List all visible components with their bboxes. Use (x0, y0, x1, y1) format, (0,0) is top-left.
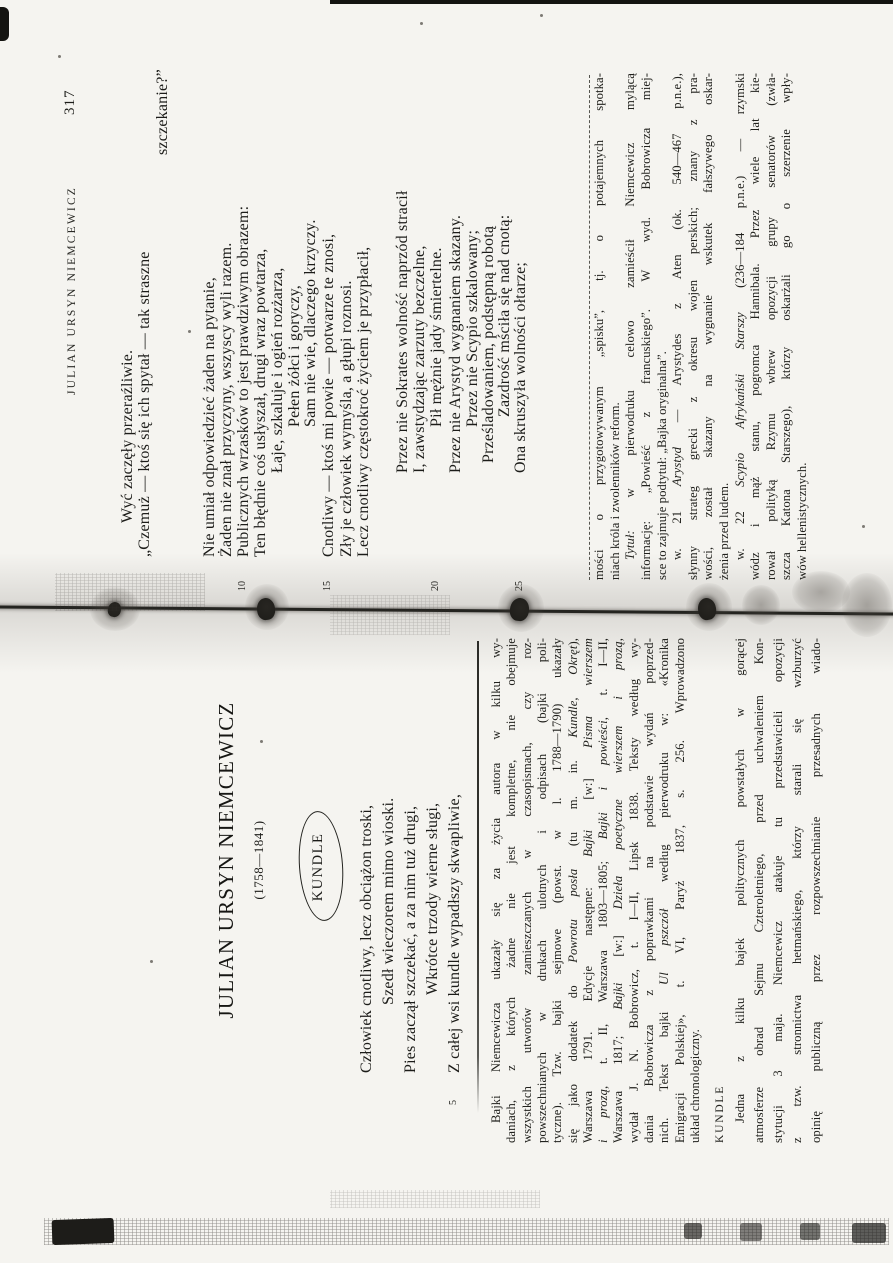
commentary-line: się jako dodatek do Powrotu posła (tu m.… (566, 638, 580, 1143)
gutter-smudge (742, 585, 780, 625)
poem-line: Zazdrość mściła się nad cnotą: (496, 215, 513, 417)
footnote-separator-rule (589, 75, 590, 580)
commentary-line: Emigracji Polskiej», t. VI, Paryż 1837, … (673, 638, 687, 1143)
gutter-smudge (245, 584, 289, 630)
commentary-separator-rule (477, 641, 479, 1113)
book-spread: JULIAN URSYN NIEMCEWICZ 317 Wyć zaczęły … (0, 0, 893, 1263)
poem-line: Pies zaczął szczekać, a za nim tuż drugi… (402, 806, 419, 1073)
footnote-line: w. 21 Arystyd — Arystydes z Aten (ok. 54… (670, 73, 684, 580)
commentary-line: stytucji 3 maja. Niemcewicz atakuje tu p… (771, 638, 785, 1143)
commentary-line: tyczne). Tzw. bajki sejmowe (powst. w l.… (550, 638, 564, 1143)
poem-line: Cnotliwy — ktoś mi powie — potwarze te z… (320, 234, 337, 557)
commentary-line: nich. Tekst bajki Ul pszczół według pier… (657, 638, 671, 1143)
poem-line: Ten błędnie coś usłyszał, drugi wraz pow… (252, 249, 269, 557)
page-number: 317 (62, 90, 79, 116)
running-header: JULIAN URSYN NIEMCEWICZ (66, 186, 78, 395)
poem-line: Przez nie Sokrates wolność naprzód strac… (394, 190, 411, 473)
commentary-line: i prozą, t. II, Warszawa 1803—1805; Bajk… (596, 638, 610, 1143)
speck (150, 960, 153, 963)
commentary-line: układ chronologiczny. (688, 638, 702, 1143)
speck (862, 525, 865, 528)
gutter-smudge (686, 583, 732, 631)
poem-line: Wkrótce trzody wierne sługi, (424, 803, 441, 995)
footnote-line: słynny strateg grecki z okresu wojen per… (686, 73, 700, 580)
footnote-line: mości o przygotowywanym „spisku”, tj. o … (592, 73, 606, 580)
poem-line: Publicznych wrzasków to jest prawdziwym … (235, 206, 252, 557)
commentary-line: daniach, z których żadne nie jest komple… (504, 638, 518, 1143)
footnote-line: wości, został skazany na wygnanie wskute… (701, 73, 715, 580)
gutter-noise (330, 595, 450, 635)
poem-line: Łaje, szkaluje i ogień rozżarza, (269, 268, 286, 473)
commentary-line: dania Bobrowicza z poprawkami na podstaw… (642, 638, 656, 1143)
gutter-smudge (498, 584, 544, 632)
commentary-line: atmosferze obrad Sejmu Czteroletniego, p… (752, 638, 766, 1143)
footnote-line: wódz i mąż stanu, pogromca Hannibala. Pr… (748, 73, 762, 580)
footnote-line: sce to zajmuje podtytuł: „Bajka oryginal… (655, 73, 669, 580)
commentary-heading: KUNDLE (714, 1085, 726, 1143)
poem-line-number: 20 (430, 581, 441, 591)
footnote-line: w. 22 Scypio Afrykański Starszy (236—184… (733, 73, 747, 580)
poem-line-number: 10 (237, 581, 248, 591)
poem-line: Sam nie wie, dlaczego krzyczy. (302, 219, 319, 427)
footnote-line: Tytuł: w pierwodruku celowo zamieścił Ni… (623, 73, 637, 580)
page-edge-blot (52, 1218, 115, 1245)
poem-line: Z całej wsi kundle wypadłszy skwapliwie, (446, 794, 463, 1073)
footnote-line: szcza Katona Starszego), którzy oskarżal… (779, 73, 793, 580)
poem-line: Przez nie Arystyd wygnaniem skazany. (447, 215, 464, 473)
poem-line: Żaden nie znał przyczyny, wszyscy wyli r… (218, 243, 235, 558)
poem-line-number: 15 (322, 581, 333, 591)
poem-line: Człowiek cnotliwy, lecz obciążon troski, (358, 805, 375, 1073)
page-edge-noise (44, 1218, 889, 1245)
page-edge-blot (852, 1223, 886, 1243)
footnote-line: żenia przed ludem. (717, 73, 731, 580)
footnote-line: rował polityką Rzymu wbrew opozycji grup… (764, 73, 778, 580)
poem-line-number: 5 (448, 1100, 459, 1105)
poem-line: Pił mężnie jady śmiertelne. (428, 247, 445, 427)
poem-line: Nie umiał odpowiedzieć żaden na pytanie, (201, 277, 218, 557)
commentary-line: wydał J. N. Bobrowicz, t. I—II, Lipsk 18… (627, 638, 641, 1143)
scanned-page: JULIAN URSYN NIEMCEWICZ 317 Wyć zaczęły … (0, 0, 893, 1263)
poem-title: KUNDLE (310, 833, 327, 902)
speck (58, 55, 61, 58)
poem-line: Szedł wieczorem mimo wioski. (380, 798, 397, 1005)
poem-line: Pełen żółci i goryczy, (286, 285, 303, 427)
poem-line: Wyć zaczęły przeraźliwie. (119, 350, 136, 523)
author-title: JULIAN URSYN NIEMCEWICZ (214, 702, 239, 1019)
author-dates: (1758—1841) (251, 820, 267, 899)
scan-border-line (330, 0, 893, 4)
speck (540, 14, 543, 17)
poem-line: Lecz cnotliwy częstokroć życiem je przyp… (355, 247, 372, 557)
footnote-line: informację: „Powieść z francuskiego”. W … (639, 73, 653, 580)
poem-line: Przez nie Scypio szkalowany; (464, 230, 481, 427)
footnote-line: niach króla i zwolenników reform. (608, 73, 622, 580)
poem-line: „Czemuż — ktoś się ich spytał — tak stra… (136, 251, 153, 557)
gutter-smudge (842, 573, 892, 637)
commentary-line: wszystkich utworów zamieszczanych w czas… (520, 638, 534, 1143)
poem-line: I, zawstydzając zarzuty bezczelne, (411, 245, 428, 473)
page-edge-blot (800, 1223, 820, 1240)
speck (420, 22, 423, 25)
speck (188, 330, 191, 333)
commentary-line: Bajki Niemcewicza ukazały się za życia a… (489, 638, 503, 1143)
commentary-line: Warszawa 1791. Edycje następne: Bajki [w… (581, 638, 595, 1143)
poem-line: Zły je człowiek wymyśla, a głupi roznosi… (338, 280, 355, 557)
page-edge-noise (330, 1190, 540, 1208)
scan-corner-mark (0, 7, 9, 41)
commentary-line: powszechnianych w drukach ulotnych i odp… (535, 638, 549, 1143)
commentary-line: Warszawa 1817; Bajki [w:] Dzieła poetycz… (611, 638, 625, 1143)
poem-line: Ona skruszyła wolności ołtarze; (512, 262, 529, 473)
page-edge-blot (740, 1223, 762, 1241)
poem-line: Prześladowaniem, podstępną robotą (480, 226, 497, 463)
gutter-noise (55, 573, 205, 611)
poem-line-wrap: szczekanie?” (154, 69, 171, 155)
commentary-line: Jedna z kilku bajek politycznych powstał… (733, 638, 747, 1143)
commentary-line: z tzw. stronnictwa hetmańskiego, którzy … (790, 638, 804, 1143)
footnote-line: wów hellenistycznych. (795, 73, 809, 580)
page-edge-blot (684, 1223, 702, 1239)
commentary-line: opinię publiczną przez rozpowszechnianie… (809, 638, 823, 1143)
speck (260, 740, 263, 743)
